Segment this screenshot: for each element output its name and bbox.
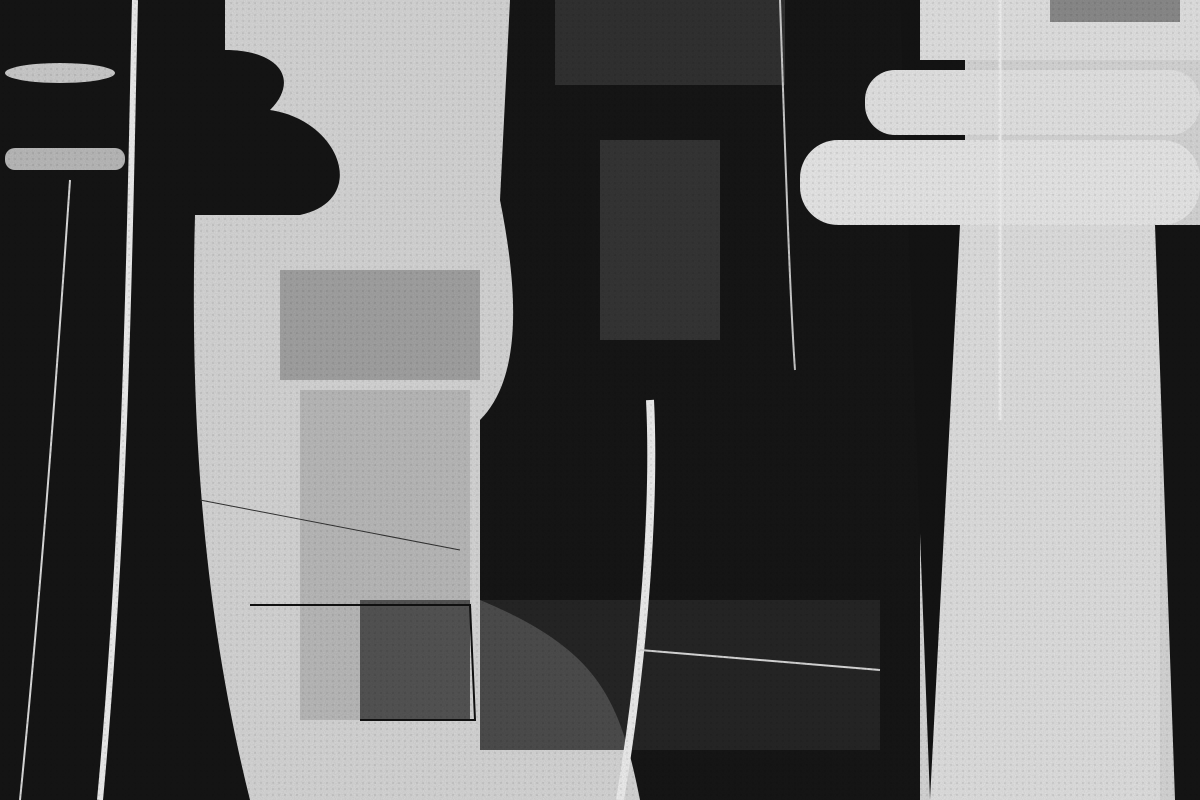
abstract-painting: [0, 0, 1200, 800]
painting-artwork: [0, 0, 1200, 800]
